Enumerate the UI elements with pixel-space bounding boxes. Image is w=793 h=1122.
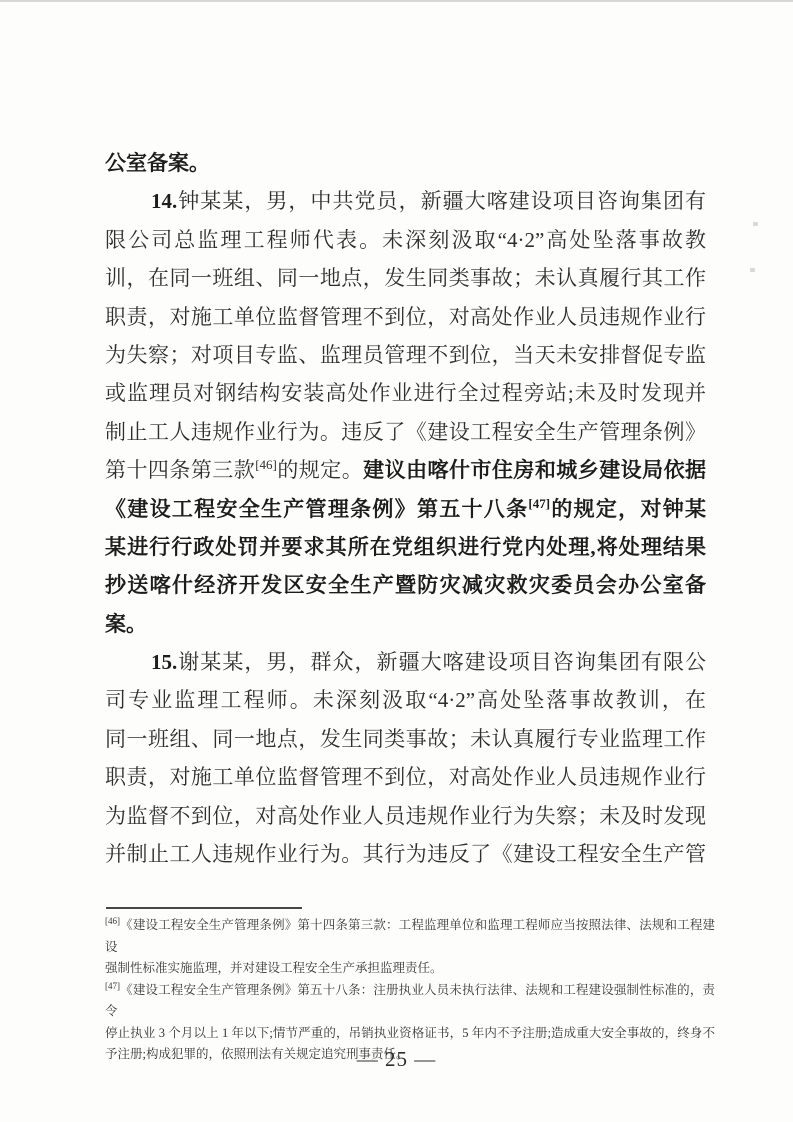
- text-segment: 并制止工人违规作业行为。其行为违反了《建设工程安全生产管: [105, 842, 706, 866]
- text-segment: 14.: [151, 189, 177, 213]
- body-line: 某进行行政处罚并要求其所在党组织进行党内处理,将处理结果: [105, 528, 706, 566]
- scan-edge-artifact: [0, 0, 793, 2]
- footnote-line: [46]《建设工程安全生产管理条例》第十四条第三款：工程监理单位和监理工程师应当…: [105, 915, 715, 958]
- footnote-separator: [106, 907, 302, 909]
- text-segment: 为监督不到位，对高处作业人员违规作业行为失察；未及时发现: [105, 804, 706, 828]
- body-line: 抄送喀什经济开发区安全生产暨防灾减灾救灾委员会办公室备: [105, 566, 706, 604]
- text-segment: 强制性标准实施监理，并对建设工程安全生产承担监理责任。: [105, 961, 443, 975]
- text-segment: 案。: [105, 612, 147, 636]
- text-segment: 《建设工程安全生产管理条例》第五十八条: [105, 497, 528, 521]
- body-line: 或监理员对钢结构安装高处作业进行全过程旁站;未及时发现并: [105, 374, 706, 412]
- text-segment: 的规定，对钟某: [550, 497, 706, 521]
- body-line: 为失察；对项目专监、监理员管理不到位，当天未安排督促专监: [105, 336, 706, 374]
- body-line: 同一班组、同一地点，发生同类事故；未认真履行专业监理工作: [105, 720, 706, 758]
- body-text-block: 公室备案。14.钟某某，男，中共党员，新疆大喀建设项目咨询集团有限公司总监理工程…: [105, 144, 706, 873]
- footnote-line: 停止执业 3 个月以上 1 年以下;情节严重的，吊销执业资格证书，5 年内不予注…: [105, 1023, 715, 1045]
- scan-speck: [750, 268, 755, 272]
- body-line: 第十四条第三款[46]的规定。建议由喀什市住房和城乡建设局依据: [105, 451, 706, 489]
- body-line: 职责，对施工单位监督管理不到位，对高处作业人员违规作业行: [105, 758, 706, 796]
- text-segment: 某进行行政处罚并要求其所在党组织进行党内处理,将处理结果: [105, 535, 706, 559]
- body-line: 公室备案。: [105, 144, 706, 182]
- footnote-ref-marker: [46]: [255, 457, 277, 472]
- footnote-line: [47]《建设工程安全生产管理条例》第五十八条：注册执业人员未执行法律、法规和工…: [105, 980, 715, 1023]
- text-segment: 的规定。: [277, 458, 363, 482]
- text-segment: 第十四条第三款: [105, 458, 255, 482]
- text-segment: 15.: [151, 650, 177, 674]
- body-line: 案。: [105, 605, 706, 643]
- body-line: 15.谢某某，男，群众，新疆大喀建设项目咨询集团有限公: [105, 643, 706, 681]
- page-number: — 25 —: [0, 1047, 793, 1072]
- text-segment: 限公司总监理工程师代表。未深刻汲取“4·2”高处坠落事故教: [105, 228, 706, 252]
- body-line: 限公司总监理工程师代表。未深刻汲取“4·2”高处坠落事故教: [105, 221, 706, 259]
- body-line: 司专业监理工程师。未深刻汲取“4·2”高处坠落事故教训，在: [105, 681, 706, 719]
- text-segment: 训，在同一班组、同一地点，发生同类事故；未认真履行其工作: [105, 266, 706, 290]
- body-line: 并制止工人违规作业行为。其行为违反了《建设工程安全生产管: [105, 835, 706, 873]
- body-line: 制止工人违规作业行为。违反了《建设工程安全生产管理条例》: [105, 413, 706, 451]
- body-line: 为监督不到位，对高处作业人员违规作业行为失察；未及时发现: [105, 797, 706, 835]
- body-line: 14.钟某某，男，中共党员，新疆大喀建设项目咨询集团有: [105, 182, 706, 220]
- text-segment: 为失察；对项目专监、监理员管理不到位，当天未安排督促专监: [105, 343, 706, 367]
- text-segment: 钟某某，男，中共党员，新疆大喀建设项目咨询集团有: [177, 189, 706, 213]
- document-page: 公室备案。14.钟某某，男，中共党员，新疆大喀建设项目咨询集团有限公司总监理工程…: [0, 0, 793, 1122]
- body-line: 职责，对施工单位监督管理不到位，对高处作业人员违规作业行: [105, 298, 706, 336]
- text-segment: 同一班组、同一地点，发生同类事故；未认真履行专业监理工作: [105, 727, 706, 751]
- body-line: 训，在同一班组、同一地点，发生同类事故；未认真履行其工作: [105, 259, 706, 297]
- scan-speck: [753, 222, 758, 226]
- text-segment: 司专业监理工程师。未深刻汲取“4·2”高处坠落事故教训，在: [105, 688, 706, 712]
- text-segment: 谢某某，男，群众，新疆大喀建设项目咨询集团有限公: [177, 650, 706, 674]
- text-segment: 职责，对施工单位监督管理不到位，对高处作业人员违规作业行: [105, 305, 706, 329]
- text-segment: 停止执业 3 个月以上 1 年以下;情节严重的，吊销执业资格证书，5 年内不予注…: [105, 1026, 715, 1040]
- body-line: 《建设工程安全生产管理条例》第五十八条[47]的规定，对钟某: [105, 490, 706, 528]
- text-segment: 《建设工程安全生产管理条例》第十四条第三款：工程监理单位和监理工程师应当按照法律…: [105, 918, 715, 954]
- footnote-ref-marker: [47]: [105, 980, 120, 990]
- text-segment: 职责，对施工单位监督管理不到位，对高处作业人员违规作业行: [105, 765, 706, 789]
- text-segment: 抄送喀什经济开发区安全生产暨防灾减灾救灾委员会办公室备: [105, 573, 706, 597]
- footnote-line: 强制性标准实施监理，并对建设工程安全生产承担监理责任。: [105, 958, 715, 980]
- text-segment: 公室备案。: [105, 151, 210, 175]
- text-segment: 制止工人违规作业行为。违反了《建设工程安全生产管理条例》: [105, 420, 706, 444]
- footnotes-block: [46]《建设工程安全生产管理条例》第十四条第三款：工程监理单位和监理工程师应当…: [105, 915, 715, 1066]
- footnote-ref-marker: [47]: [528, 496, 550, 511]
- text-segment: 建议由喀什市住房和城乡建设局依据: [363, 458, 706, 482]
- footnote-ref-marker: [46]: [105, 916, 120, 926]
- text-segment: 《建设工程安全生产管理条例》第五十八条：注册执业人员未执行法律、法规和工程建设强…: [105, 983, 715, 1019]
- text-segment: 或监理员对钢结构安装高处作业进行全过程旁站;未及时发现并: [105, 381, 706, 405]
